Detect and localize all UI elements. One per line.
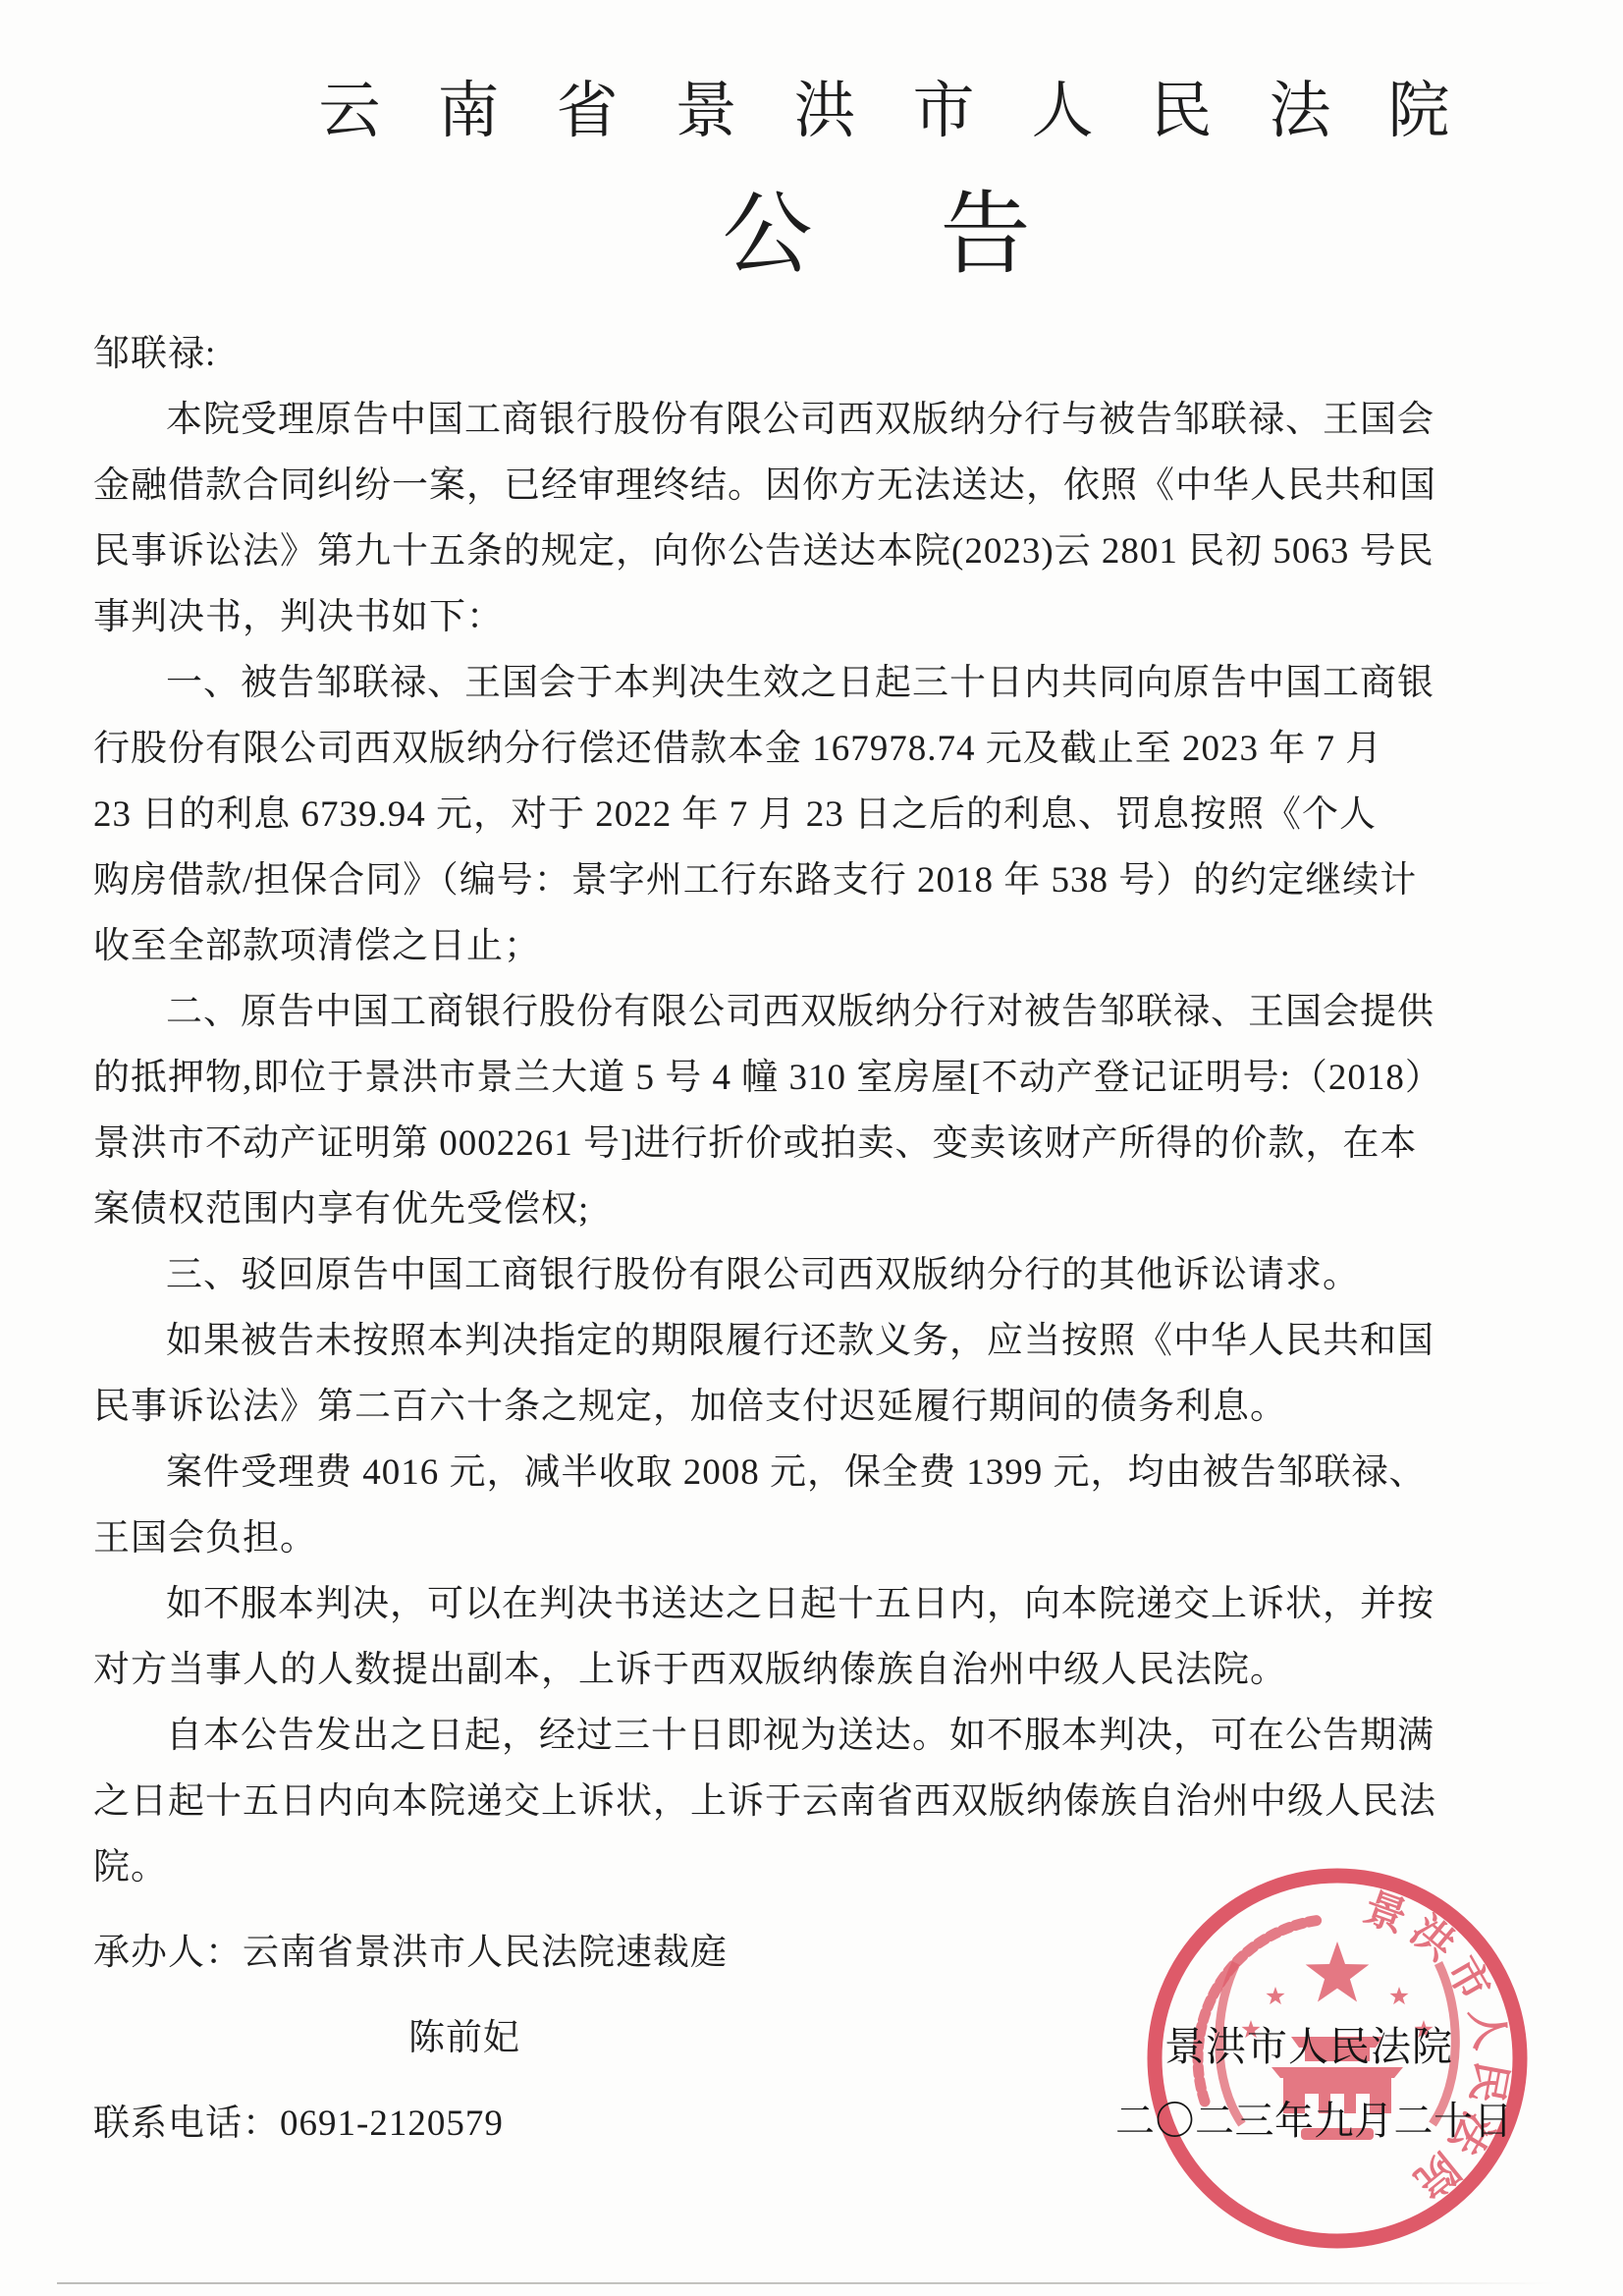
body-line: 自本公告发出之日起，经过三十日即视为送达。如不服本判决，可在公告期满: [93, 1703, 1530, 1769]
page-title: 云南省景洪市人民法院: [0, 61, 1623, 150]
seal-date: 二〇二三年九月二十日: [1115, 2100, 1513, 2143]
body-line: 民事诉讼法》第九十五条的规定，向你公告送达本院(2023)云 2801 民初 5…: [93, 519, 1530, 584]
small-star-icon: [1389, 1987, 1408, 2004]
salutation: 邹联禄:: [93, 321, 1530, 387]
body-line: 王国会负担。: [93, 1505, 1530, 1571]
body-line: 案债权范围内享有优先受偿权;: [93, 1176, 1530, 1242]
scan-edge-line: [57, 2282, 1554, 2284]
notice-page: 云南省景洪市人民法院 公告 邹联禄: 本院受理原告中国工商银行股份有限公司西双版…: [0, 0, 1623, 2296]
body-line: 三、驳回原告中国工商银行股份有限公司西双版纳分行的其他诉讼请求。: [93, 1242, 1530, 1308]
body-line: 二、原告中国工商银行股份有限公司西双版纳分行对被告邹联禄、王国会提供: [93, 979, 1530, 1045]
body-line: 民事诉讼法》第二百六十条之规定，加倍支付迟延履行期间的债务利息。: [93, 1374, 1530, 1440]
body-line: 23 日的利息 6739.94 元，对于 2022 年 7 月 23 日之后的利…: [93, 782, 1530, 847]
notice-title: 公告: [0, 162, 1623, 292]
body-line: 一、被告邹联禄、王国会于本判决生效之日起三十日内共同向原告中国工商银: [93, 650, 1530, 716]
body-line: 对方当事人的人数提出副本，上诉于西双版纳傣族自治州中级人民法院。: [93, 1637, 1530, 1703]
body-line: 景洪市不动产证明第 0002261 号]进行折价或拍卖、变卖该财产所得的价款，在…: [93, 1111, 1530, 1176]
body-line: 如不服本判决，可以在判决书送达之日起十五日内，向本院递交上诉状，并按: [93, 1571, 1530, 1637]
small-star-icon: [1266, 1987, 1284, 2004]
seal-court-name: 景洪市人民法院: [1164, 2025, 1453, 2069]
body-line: 之日起十五日内向本院递交上诉状，上诉于云南省西双版纳傣族自治州中级人民法: [93, 1769, 1530, 1834]
body-line: 收至全部款项清偿之日止；: [93, 913, 1530, 979]
body-line: 如果被告未按照本判决指定的期限履行还款义务，应当按照《中华人民共和国: [93, 1308, 1530, 1374]
big-star-icon: [1306, 1941, 1370, 2002]
body-line: 案件受理费 4016 元，减半收取 2008 元，保全费 1399 元，均由被告…: [93, 1440, 1530, 1505]
body-line: 本院受理原告中国工商银行股份有限公司西双版纳分行与被告邹联禄、王国会: [93, 387, 1530, 453]
body-line: 的抵押物,即位于景洪市景兰大道 5 号 4 幢 310 室房屋[不动产登记证明号…: [93, 1045, 1530, 1111]
body-line: 事判决书，判决书如下：: [93, 584, 1530, 650]
body-line: 行股份有限公司西双版纳分行偿还借款本金 167978.74 元及截止至 2023…: [93, 716, 1530, 782]
body-line: 金融借款合同纠纷一案，已经审理终结。因你方无法送达，依照《中华人民共和国: [93, 453, 1530, 519]
body-line: 购房借款/担保合同》（编号：景字州工行东路支行 2018 年 538 号）的约定…: [93, 847, 1530, 913]
